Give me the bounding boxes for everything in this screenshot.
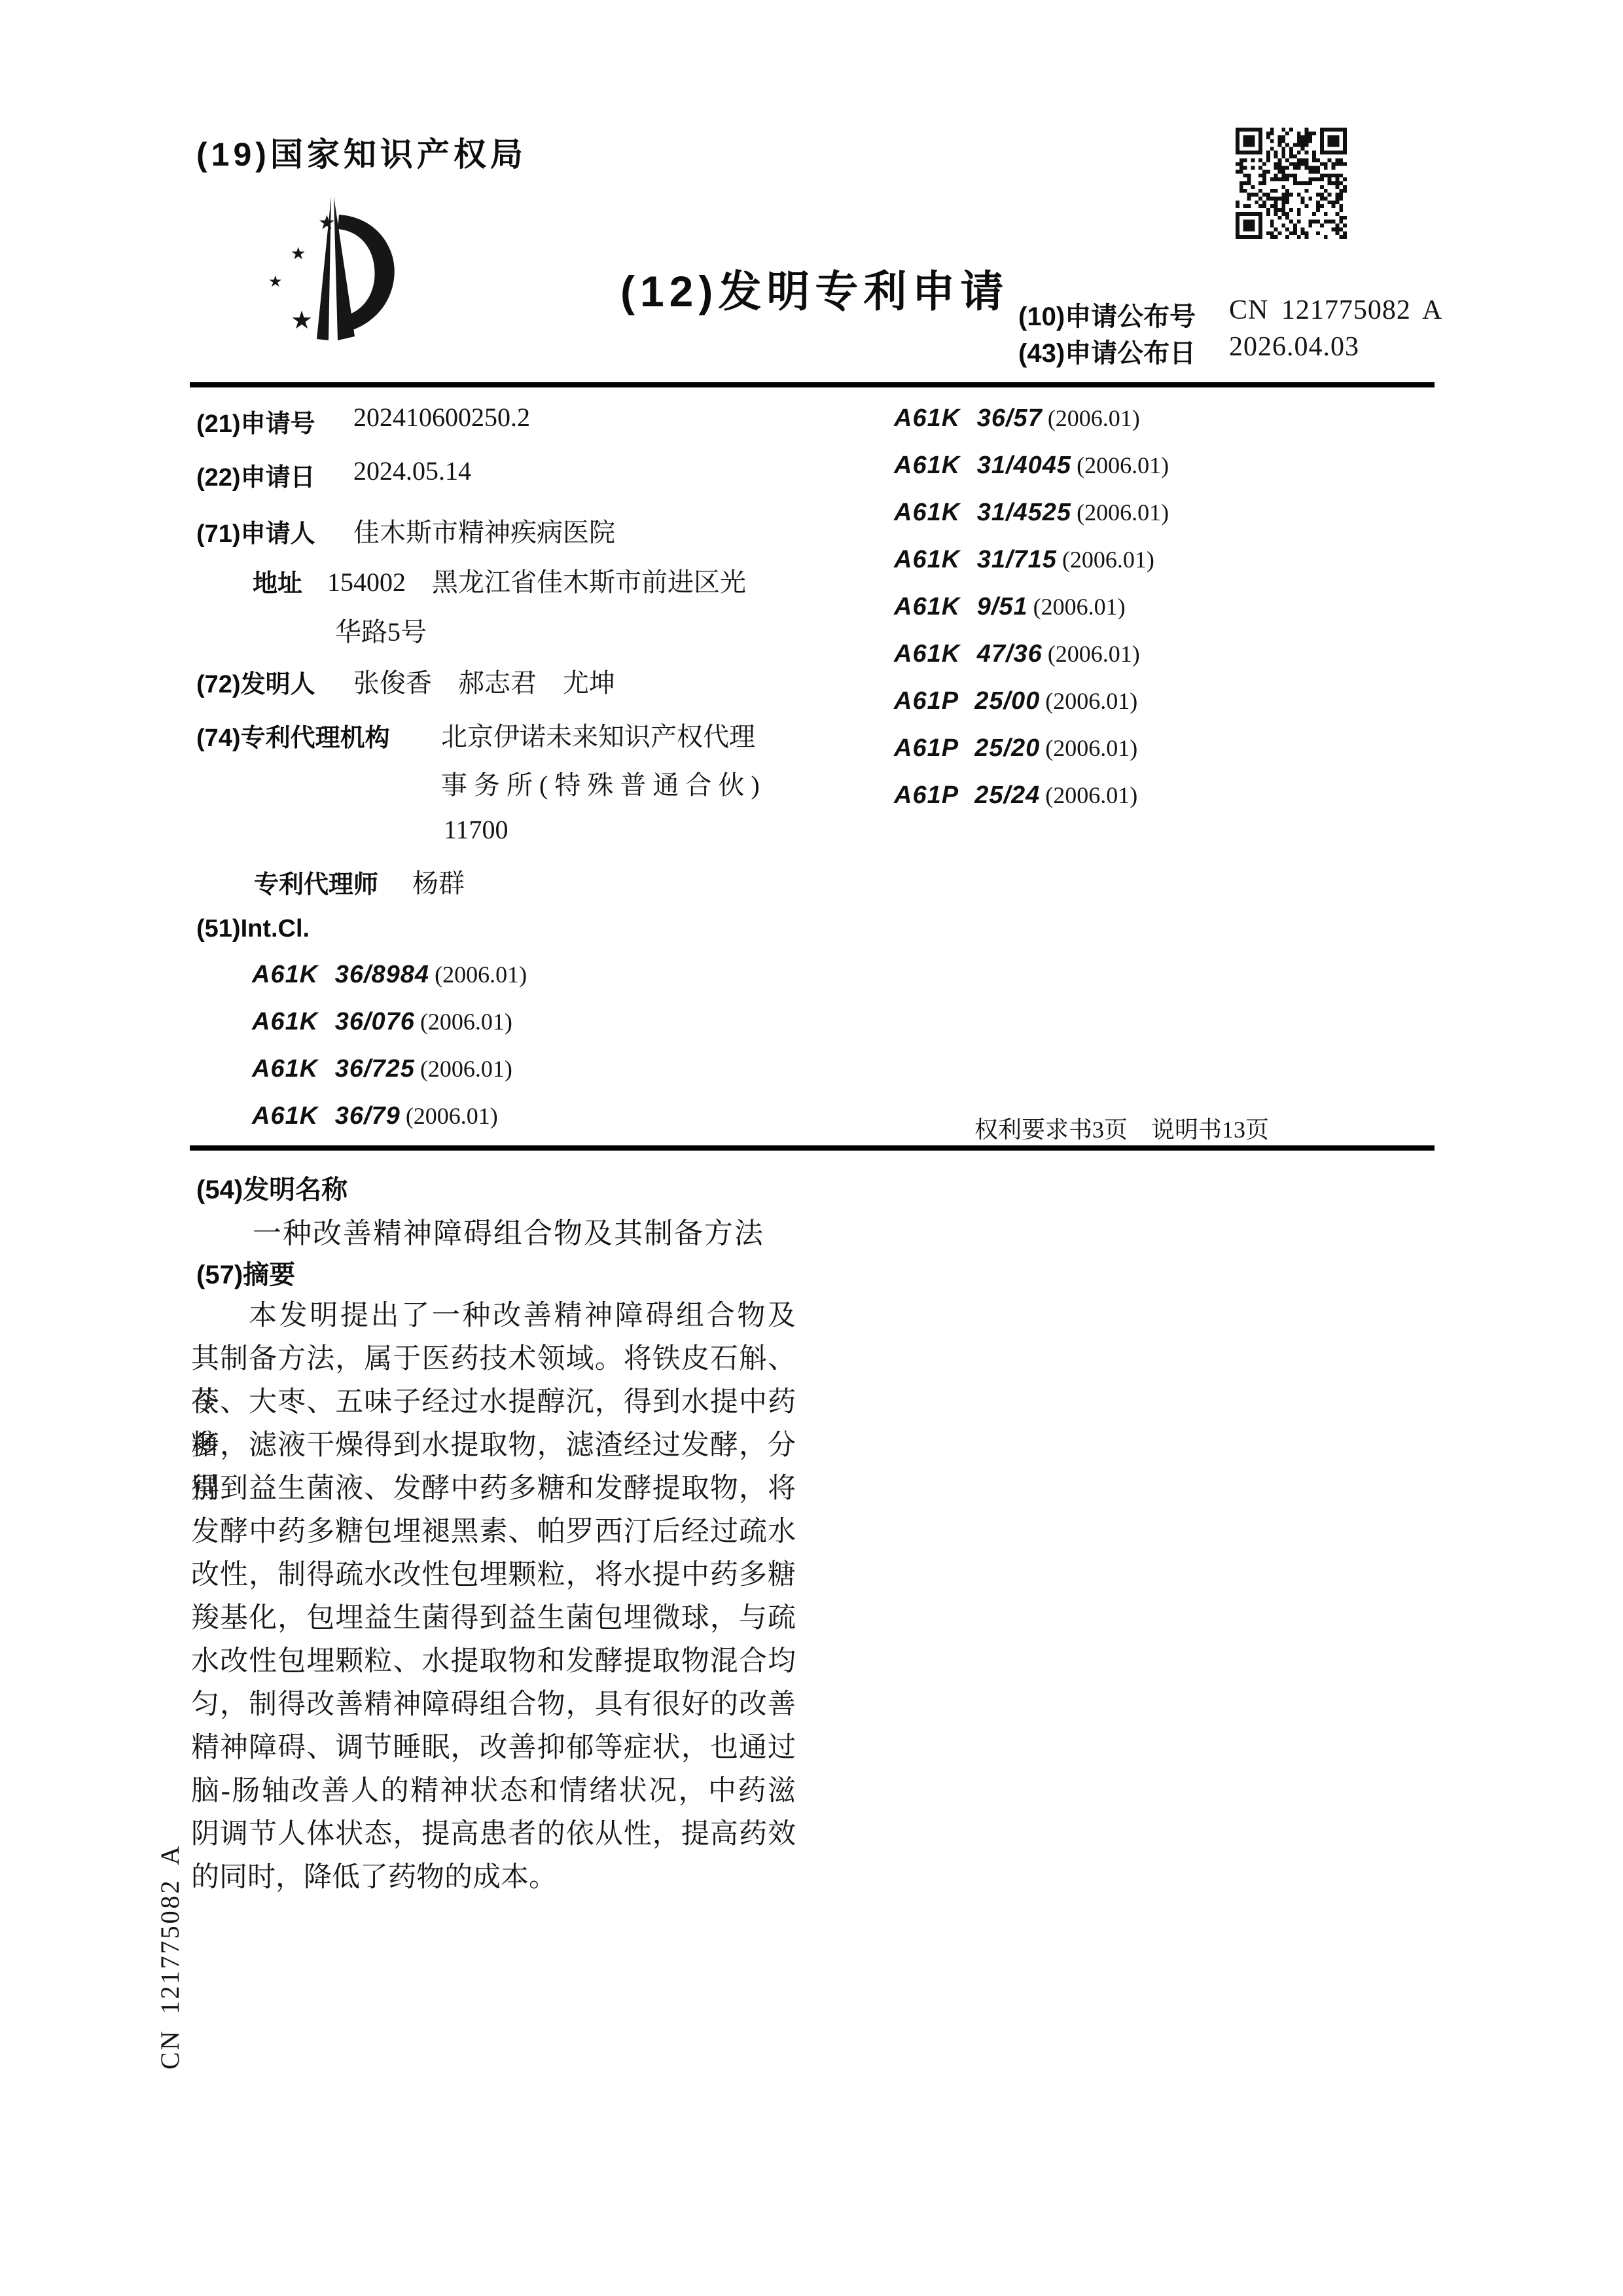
abstract-line: 水改性包埋颗粒、水提取物和发酵提取物混合均: [191, 1640, 796, 1683]
ipc-code: A61K 31/4525: [894, 499, 1071, 526]
invention-title-section-label: (54)发明名称: [196, 1169, 348, 1206]
application-number-label: (21)申请号: [196, 403, 315, 439]
ipc-version: (2006.01): [1048, 641, 1140, 667]
int-cl-code: A61K 36/8984(2006.01): [252, 961, 527, 989]
ipc-code: A61K 31/715: [894, 546, 1057, 573]
int-cl-code: A61K 47/36(2006.01): [894, 640, 1140, 668]
agency-value-line1: 北京伊诺未来知识产权代理: [441, 716, 755, 753]
abstract-line: 得到益生菌液、发酵中药多糖和发酵提取物，将: [191, 1467, 796, 1511]
int-cl-code: A61K 36/076(2006.01): [252, 1008, 512, 1036]
ipc-code: A61P 25/00: [894, 687, 1040, 715]
document-type-title: (12)发明专利申请: [620, 257, 1008, 319]
pub-number-label: (10)申请公布号: [1018, 296, 1196, 333]
star-icon: ★: [291, 306, 313, 334]
header-divider: [190, 382, 1435, 387]
abstract-line: 苓、大枣、五味子经过水提醇沉，得到水提中药多: [191, 1381, 796, 1424]
application-date-label: (22)申请日: [196, 457, 315, 493]
ipc-version: (2006.01): [1033, 594, 1126, 620]
applicant-label: (71)申请人: [196, 513, 315, 549]
abstract-line: 阴调节人体状态，提高患者的依从性，提高药效: [191, 1813, 796, 1856]
abstract-line: 改性，制得疏水改性包埋颗粒，将水提中药多糖: [191, 1554, 796, 1597]
ipc-code: A61K 47/36: [894, 640, 1043, 668]
invention-title: 一种改善精神障碍组合物及其制备方法: [253, 1210, 764, 1251]
ipc-version: (2006.01): [1048, 405, 1140, 431]
ipc-code: A61K 31/4045: [894, 452, 1071, 479]
abstract-line: 羧基化，包埋益生菌得到益生菌包埋微球，与疏: [191, 1597, 796, 1640]
star-icon: ★: [291, 244, 306, 264]
int-cl-code: A61K 31/715(2006.01): [894, 546, 1154, 574]
agency-label: (74)专利代理机构: [196, 717, 390, 753]
ipc-version: (2006.01): [1045, 782, 1137, 808]
int-cl-label: (51)Int.Cl.: [196, 915, 310, 943]
ipc-version: (2006.01): [1077, 499, 1169, 526]
agency-value-line3: 11700: [444, 814, 508, 845]
patent-front-page: (19)国家知识产权局 ★ ★ ★ ★ (12)发明专利申请 (10)申请公布号…: [0, 0, 1623, 2296]
agency-value-line2: 事务所(特殊普通合伙): [441, 764, 766, 802]
pages-info: 权利要求书3页 说明书13页: [974, 1111, 1269, 1145]
abstract-line: 的同时，降低了药物的成本。: [191, 1856, 796, 1899]
inventors-label: (72)发明人: [196, 664, 315, 700]
abstract-line: 糖，滤液干燥得到水提取物，滤渣经过发酵，分别: [191, 1424, 796, 1467]
ipc-version: (2006.01): [435, 961, 527, 988]
abstract-line: 发酵中药多糖包埋褪黑素、帕罗西汀后经过疏水: [191, 1511, 796, 1554]
agent-value: 杨群: [412, 863, 465, 900]
ipc-version: (2006.01): [406, 1103, 498, 1129]
margin-publication-code: CN 121775082 A: [154, 1820, 185, 2070]
inventors-value: 张俊香 郝志君 尤坤: [353, 662, 615, 700]
pub-date-value: 2026.04.03: [1229, 331, 1359, 363]
int-cl-code: A61K 36/57(2006.01): [894, 404, 1140, 433]
application-number-value: 202410600250.2: [353, 402, 530, 433]
ipc-code: A61P 25/20: [894, 734, 1040, 762]
ipc-version: (2006.01): [1077, 452, 1169, 478]
abstract-line: 脑-肠轴改善人的精神状态和情绪状况，中药滋: [191, 1770, 796, 1813]
ipc-version: (2006.01): [1045, 688, 1137, 714]
star-icon: ★: [268, 272, 283, 291]
int-cl-code: A61K 36/725(2006.01): [252, 1055, 512, 1083]
ipc-code: A61K 36/57: [894, 404, 1043, 432]
int-cl-code: A61P 25/24(2006.01): [894, 781, 1137, 810]
int-cl-code: A61P 25/20(2006.01): [894, 734, 1137, 762]
applicant-value: 佳木斯市精神疾病医院: [353, 512, 615, 549]
star-icon: ★: [318, 211, 336, 234]
office-name: (19)国家知识产权局: [196, 128, 527, 175]
ipc-code: A61K 36/8984: [252, 961, 429, 988]
ipc-version: (2006.01): [420, 1009, 512, 1035]
section-divider: [190, 1145, 1435, 1151]
qr-code-icon: [1236, 128, 1347, 239]
address-value-line2: 华路5号: [335, 611, 427, 649]
abstract-line: 精神障碍、调节睡眠，改善抑郁等症状，也通过: [191, 1727, 796, 1770]
abstract-line: 匀，制得改善精神障碍组合物，具有很好的改善: [191, 1683, 796, 1727]
int-cl-code: A61K 31/4525(2006.01): [894, 499, 1169, 527]
abstract-text: 本发明提出了一种改善精神障碍组合物及 其制备方法，属于医药技术领域。将铁皮石斛、…: [191, 1295, 796, 1899]
ipc-version: (2006.01): [1045, 735, 1137, 761]
pub-number-value: CN 121775082 A: [1229, 295, 1442, 326]
address-label: 地址: [253, 563, 302, 599]
ipc-code: A61P 25/24: [894, 781, 1040, 809]
abstract-line: 其制备方法，属于医药技术领域。将铁皮石斛、茯: [191, 1338, 796, 1381]
ipc-code: A61K 36/076: [252, 1008, 415, 1035]
int-cl-code: A61P 25/00(2006.01): [894, 687, 1137, 715]
ipc-code: A61K 36/79: [252, 1102, 401, 1130]
ipc-code: A61K 36/725: [252, 1055, 415, 1083]
cnipa-logo-icon: ★ ★ ★ ★: [262, 195, 412, 349]
agent-label: 专利代理师: [254, 864, 378, 900]
ipc-version: (2006.01): [1062, 547, 1154, 573]
int-cl-code: A61K 36/79(2006.01): [252, 1102, 498, 1130]
application-date-value: 2024.05.14: [353, 456, 471, 486]
ipc-code: A61K 9/51: [894, 593, 1028, 620]
int-cl-code: A61K 31/4045(2006.01): [894, 452, 1169, 480]
address-value-line1: 154002 黑龙江省佳木斯市前进区光: [327, 562, 746, 599]
pub-date-label: (43)申请公布日: [1018, 332, 1196, 370]
abstract-line: 本发明提出了一种改善精神障碍组合物及: [191, 1295, 796, 1338]
abstract-section-label: (57)摘要: [196, 1254, 295, 1291]
int-cl-code: A61K 9/51(2006.01): [894, 593, 1126, 621]
ipc-version: (2006.01): [420, 1056, 512, 1082]
